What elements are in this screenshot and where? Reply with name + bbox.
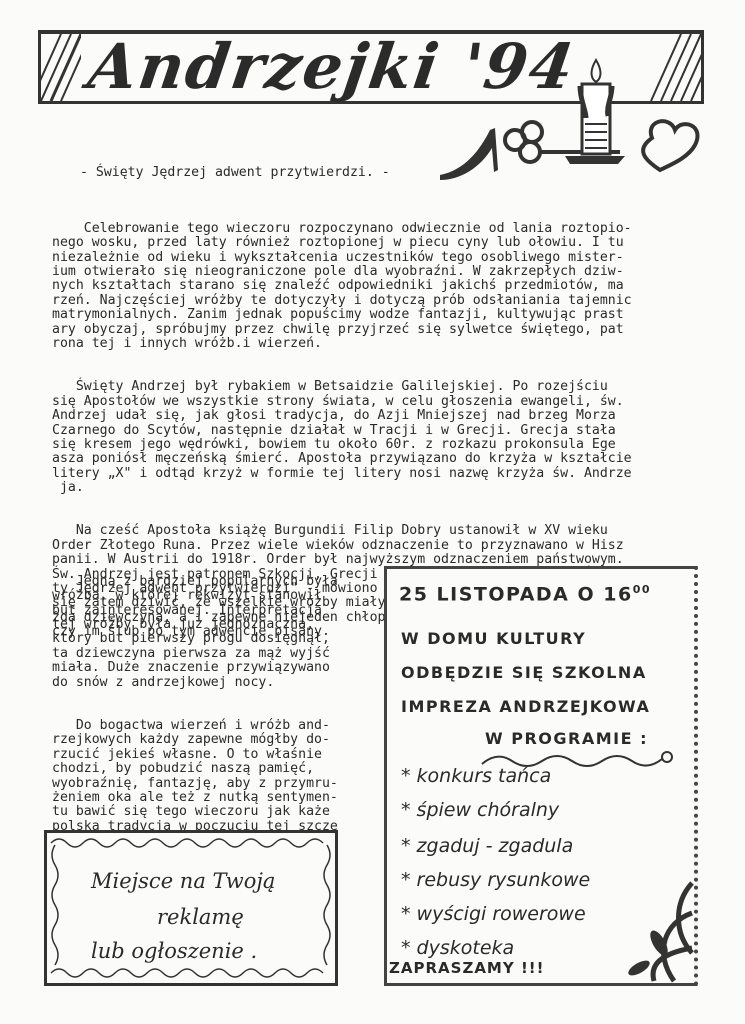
heart-icon: [643, 121, 697, 170]
paragraph-shoe-divination: Jedną z bardziej popularnych była wróżba…: [52, 575, 382, 690]
program-item: * śpiew chóralny: [401, 799, 559, 821]
paragraph-wax-pouring: Celebrowanie tego wieczoru rozpoczynano …: [52, 222, 722, 352]
program-item: * dyskoteka: [401, 937, 514, 959]
candle-icon: [565, 60, 625, 164]
program-item: * konkurs tańca: [401, 765, 551, 787]
high-heel-shoe-icon: [440, 128, 498, 180]
program-heading: W PROGRAMIE :: [485, 729, 648, 748]
paragraph-saint-andrew: Święty Andrzej był rybakiem w Betsaidzie…: [52, 380, 722, 495]
event-line-3: IMPREZA ANDRZEJKOWA: [401, 697, 650, 716]
advert-line-1: Miejsce na Twoją: [91, 869, 275, 893]
event-line-2: ODBĘDZIE SIĘ SZKOLNA: [401, 663, 647, 682]
fortune-telling-illustration: [420, 40, 720, 190]
advert-line-3: lub ogłoszenie .: [91, 939, 257, 963]
event-line-1: W DOMU KULTURY: [401, 629, 586, 648]
program-item: * wyścigi rowerowe: [401, 903, 586, 925]
hatch-decoration-left: [41, 34, 81, 101]
event-date-text: 25 LISTOPADA O 16: [399, 583, 633, 605]
advert-line-2: reklamę: [157, 905, 244, 929]
event-date: 25 LISTOPADA O 1600: [399, 583, 651, 605]
event-announcement: 25 LISTOPADA O 1600 W DOMU KULTURY ODBĘD…: [384, 566, 698, 986]
floral-corner-ornament: [614, 873, 694, 983]
invitation-text: ZAPRASZAMY !!!: [389, 959, 544, 977]
program-item: * zgaduj - zgadula: [401, 835, 573, 857]
event-time-minutes: 00: [633, 583, 651, 596]
program-item: * rebusy rysunkowe: [401, 869, 590, 891]
motto: - Święty Jędrzej adwent przytwierdzi. -: [80, 165, 390, 180]
advert-placeholder: Miejsce na Twoją reklamę lub ogłoszenie …: [44, 830, 338, 986]
